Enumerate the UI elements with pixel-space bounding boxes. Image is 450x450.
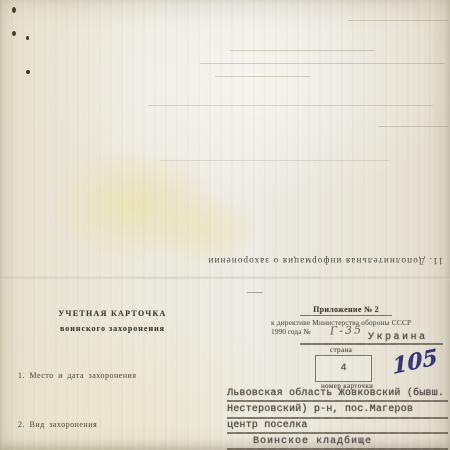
location-underline-1 (227, 400, 448, 402)
appendix-heading: Приложение № 2 (300, 305, 392, 316)
country-underline (300, 343, 443, 345)
field-1-label: 1. Место и дата захоронения (18, 371, 137, 380)
card-subtitle: воинского захоронения (40, 324, 185, 333)
field-2-label: 2. Вид захоронения (18, 420, 97, 429)
location-line-3: центр поселка (227, 420, 308, 431)
location-underline-3 (227, 432, 448, 434)
card-number-box: 4 (315, 355, 372, 382)
location-line-4: Воинское кладбище (253, 436, 372, 447)
location-line-2: Нестеровский) р-н, пос.Магеров (227, 404, 413, 415)
ruled-line (160, 160, 390, 161)
ruled-line (148, 105, 433, 106)
scanned-card: 11. Дополнительная информация о захороне… (0, 0, 450, 450)
country-label: страна (330, 346, 352, 354)
ruled-line (200, 63, 445, 64)
ruled-line (348, 20, 448, 21)
fold-crease (0, 277, 450, 280)
paper-stain (150, 195, 260, 265)
card-title: УЧЕТНАЯ КАРТОЧКА (40, 309, 185, 318)
ruled-line (230, 50, 375, 51)
location-underline-2 (227, 417, 448, 419)
ink-speck (12, 7, 16, 13)
stray-pencil-mark (247, 292, 263, 293)
location-line-1: Львовская область Жовковский (бывш. (227, 388, 444, 399)
back-item11-label: 11. Дополнительная информация о захороне… (165, 256, 443, 266)
ink-speck (26, 70, 30, 74)
country-value: Украина (368, 332, 428, 343)
handwritten-card-number: 105 (392, 344, 439, 380)
ruled-line (215, 76, 310, 77)
card-number-value: 4 (340, 363, 346, 374)
handwritten-directive-number: Г-35 (330, 323, 363, 337)
ink-speck (12, 31, 16, 36)
ruled-line (378, 126, 448, 127)
ink-speck (26, 36, 29, 40)
location-underline-4 (227, 448, 448, 450)
appendix-year-line: 1990 года № (271, 327, 310, 336)
